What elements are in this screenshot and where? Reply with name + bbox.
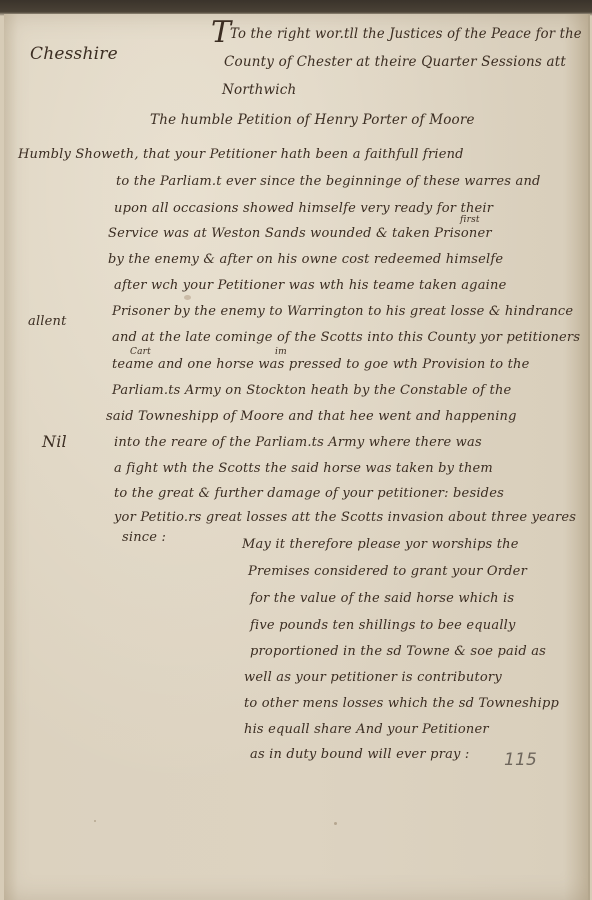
decorative-initial: T [211,18,231,48]
paper-speck [334,822,337,825]
body-line-10: Parliam.ts Army on Stockton heath by the… [112,383,511,398]
prayer-line-2: Premises considered to grant your Order [248,564,527,579]
prayer-line-8: his equall share And your Petitioner [244,722,489,737]
prayer-line-1: May it therefore please yor worships the [242,537,519,552]
body-line-6: after wch your Petitioner was wth his te… [114,278,506,293]
body-line-2: to the Parliam.t ever since the beginnin… [116,174,541,189]
margin-heading-county: Chesshire [30,44,118,64]
body-line-8: and at the late cominge of the Scotts in… [112,330,580,345]
petition-title: The humble Petition of Henry Porter of M… [150,112,475,128]
address-line-3: Northwich [222,82,296,98]
body-line-16: since : [122,530,166,545]
prayer-line-6: well as your petitioner is contributory [244,670,502,685]
prayer-line-9: as in duty bound will ever pray : [250,747,470,762]
body-line-3: upon all occasions showed himselfe very … [114,201,493,216]
address-line-1: To the right wor.tll the Justices of the… [230,26,582,42]
interlineation-im: im [275,347,287,357]
interlineation-first: first [460,215,480,225]
paper-speck [94,820,96,822]
body-line-12: into the reare of the Parliam.ts Army wh… [114,435,482,450]
body-line-5: by the enemy & after on his owne cost re… [108,252,503,267]
body-line-7: Prisoner by the enemy to Warrington to h… [112,304,573,319]
interlineation-cart: Cart [130,347,151,357]
body-line-9: teame and one horse was pressed to goe w… [112,357,529,372]
prayer-line-7: to other mens losses which the sd Townes… [244,696,559,711]
address-line-2: County of Chester at theire Quarter Sess… [224,54,566,70]
body-line-4: Service was at Weston Sands wounded & ta… [108,226,492,241]
prayer-line-4: five pounds ten shillings to bee equally [250,618,516,633]
prayer-line-5: proportioned in the sd Towne & soe paid … [250,644,546,659]
marginal-note-allent: allent [28,314,67,329]
marginal-note-nil: Nil [42,432,67,451]
body-line-11: said Towneshipp of Moore and that hee we… [106,409,517,424]
body-line-1: Humbly Showeth, that your Petitioner hat… [18,147,464,162]
manuscript-page: Chesshire T To the right wor.tll the Jus… [4,14,590,900]
folio-number: 115 [504,750,537,770]
body-line-15: yor Petitio.rs great losses att the Scot… [114,510,576,525]
ink-stain [184,295,191,300]
body-line-14: to the great & further damage of your pe… [114,486,504,501]
body-line-13: a fight wth the Scotts the said horse wa… [114,461,493,476]
prayer-line-3: for the value of the said horse which is [250,591,514,606]
